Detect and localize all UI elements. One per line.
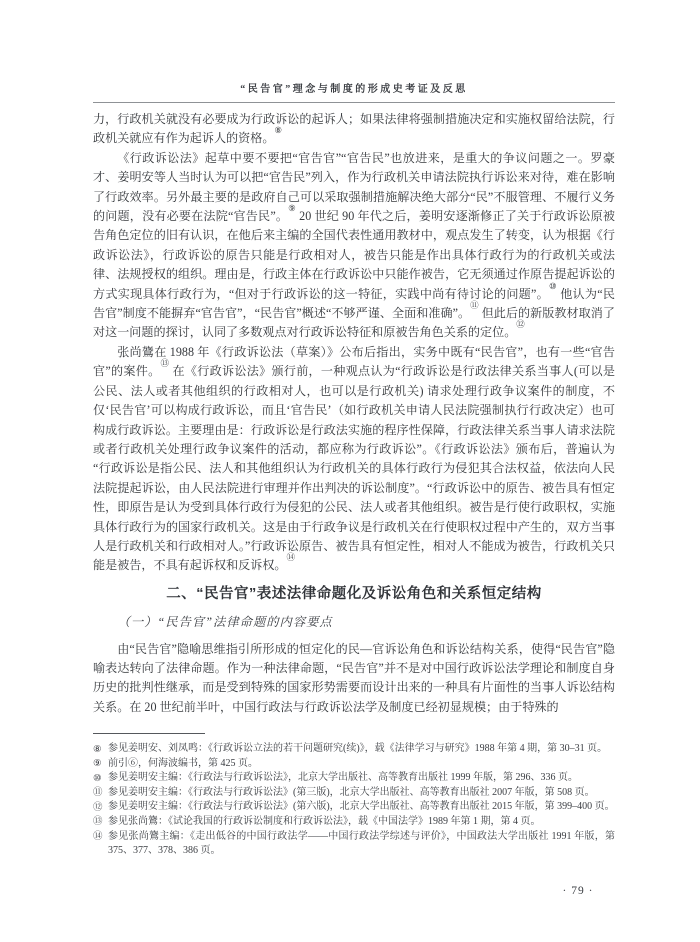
footnote-item: ⑬参见张尚鷟：《试论我国的行政诉讼制度和行政诉讼法》，载《中国法学》1989 年… [93, 815, 615, 830]
footnote-ref-14: ⑭ [287, 552, 296, 562]
footnote-text: 参见张尚鷟主编：《走出低谷的中国行政法学——中国行政法学综述与评价》，中国政法大… [108, 831, 615, 857]
footnote-area: ⑧参见姜明安、刘凤鸣：《行政诉讼立法的若干问题研究(续)》，载《法律学习与研究》… [93, 733, 615, 859]
paragraph-text: 力，行政机关就没有必要成为行政诉讼的起诉人；如果法律将强制措施决定和实施权留给法… [93, 112, 615, 145]
footnote-ref-10: ⑩ [549, 281, 557, 291]
subsection-heading: （一）“民告官”法律命题的内容要点 [93, 613, 615, 632]
running-head: “民告官”理念与制度的形成史考证及反思 [93, 80, 615, 95]
journal-page: “民告官”理念与制度的形成史考证及反思 力，行政机关就没有必要成为行政诉讼的起诉… [0, 0, 700, 942]
footnote-ref-13: ⑬ [160, 358, 169, 368]
section-heading: 二、“民告官”表述法律命题化及诉讼角色和关系恒定结构 [93, 585, 615, 604]
paragraph-continuation: 力，行政机关就没有必要成为行政诉讼的起诉人；如果法律将强制措施决定和实施权留给法… [93, 110, 615, 149]
footnote-marker: ⑧ [93, 743, 102, 758]
footnote-item: ⑪参见姜明安主编：《行政法与行政诉讼法》(第三版)，北京大学出版社、高等教育出版… [93, 786, 615, 801]
article-body: 力，行政机关就没有必要成为行政诉讼的起诉人；如果法律将强制措施决定和实施权留给法… [93, 105, 615, 717]
footnote-ref-8: ⑧ [274, 125, 282, 135]
footnote-ref-9: ⑨ [288, 203, 296, 213]
footnote-text: 参见姜明安主编：《行政法与行政诉讼法》(第六版)，北京大学出版社、高等教育出版社… [108, 801, 615, 812]
footnote-marker: ⑫ [93, 801, 103, 816]
footnote-marker: ⑨ [93, 757, 102, 772]
footnote-marker: ⑩ [93, 772, 102, 787]
footnote-marker: ⑪ [93, 786, 103, 801]
footnote-item: ⑨前引⑥，何海波编书，第 425 页。 [93, 757, 615, 772]
footnote-text: 参见姜明安主编：《行政法与行政诉讼法》，北京大学出版社、高等教育出版社 1999… [108, 772, 578, 783]
footnote-marker: ⑭ [93, 830, 103, 845]
footnote-item: ⑩参见姜明安主编：《行政法与行政诉讼法》，北京大学出版社、高等教育出版社 199… [93, 771, 615, 786]
footnote-text: 参见姜明安主编：《行政法与行政诉讼法》(第三版)，北京大学出版社、高等教育出版社… [108, 787, 595, 798]
footnote-text: 前引⑥，何海波编书，第 425 页。 [108, 758, 258, 769]
footnote-item: ⑭参见张尚鷟主编：《走出低谷的中国行政法学——中国行政法学综述与评价》，中国政法… [93, 830, 615, 859]
header-divider [93, 102, 615, 103]
footnote-ref-12: ⑫ [516, 319, 525, 329]
footnote-item: ⑫参见姜明安主编：《行政法与行政诉讼法》(第六版)，北京大学出版社、高等教育出版… [93, 800, 615, 815]
footnote-marker: ⑬ [93, 815, 103, 830]
footnote-ref-11: ⑪ [470, 300, 479, 310]
footnote-item: ⑧参见姜明安、刘凤鸣：《行政诉讼立法的若干问题研究(续)》，载《法律学习与研究》… [93, 742, 615, 757]
footnote-text: 参见张尚鷟：《试论我国的行政诉讼制度和行政诉讼法》，载《中国法学》1989 年第… [108, 816, 541, 827]
footnote-divider [93, 733, 205, 734]
paragraph: 由“民告官”隐喻思维指引所形成的恒定化的民—官诉讼角色和诉讼结构关系，使得“民告… [93, 640, 615, 718]
page-number: · 79 · [518, 885, 638, 897]
footnote-text: 参见姜明安、刘凤鸣：《行政诉讼立法的若干问题研究(续)》，载《法律学习与研究》1… [108, 743, 607, 754]
paragraph: 张尚鷟在 1988 年《行政诉讼法（草案）》公布后指出，实务中既有“民告官”，也… [93, 343, 615, 576]
paragraph: 《行政诉讼法》起草中要不要把“官告官”“官告民”也放进来，是重大的争议问题之一。… [93, 149, 615, 343]
paragraph-text: 在《行政诉讼法》颁行前，一种观点认为“行政诉讼是行政法律关系当事人(可以是公民、… [93, 364, 615, 572]
